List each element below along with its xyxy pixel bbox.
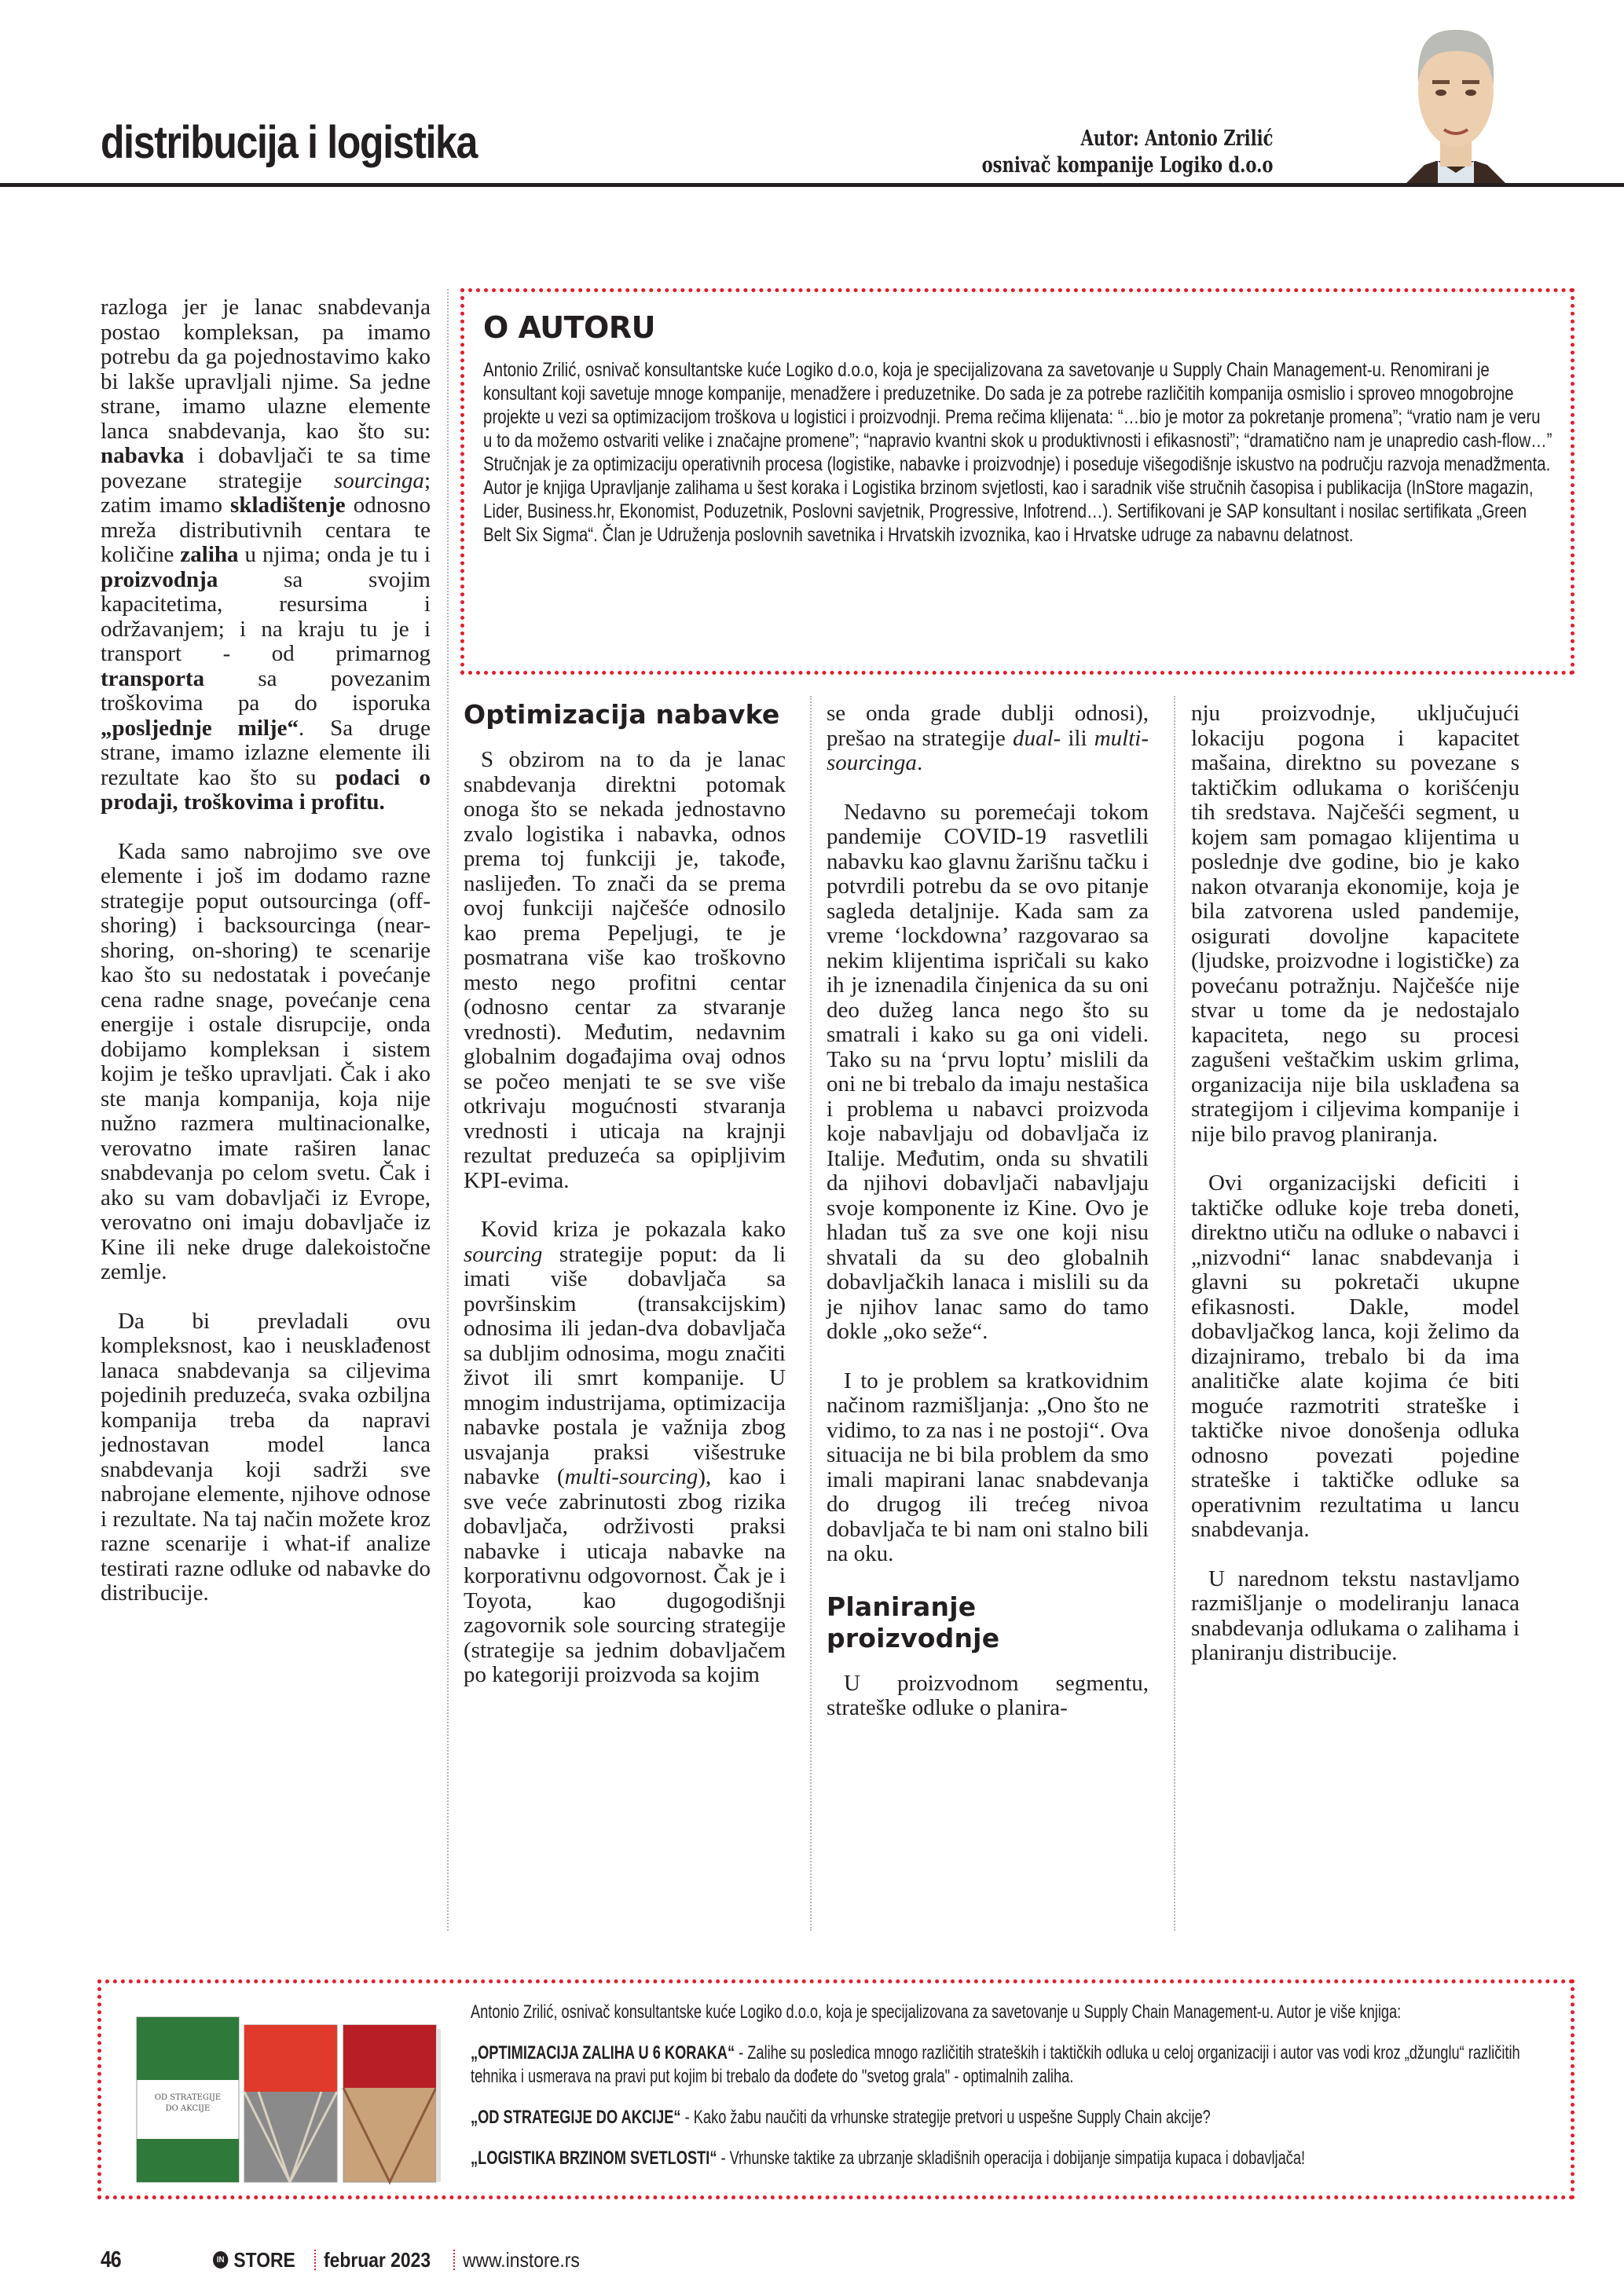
website-link[interactable]: www.instore.rs: [463, 2248, 580, 2272]
about-author-box: O AUTORU Antonio Zrilić, osnivač konsult…: [460, 288, 1575, 675]
book-desc: - Kako žabu naučiti da vrhunske strategi…: [681, 2107, 1211, 2128]
book-desc: - Vrhunske taktike za ubrzanje skladišni…: [717, 2148, 1305, 2169]
article-paragraph: U narednom tekstu nastavljamo razmišljan…: [1191, 1567, 1520, 1666]
author-portrait: [1389, 16, 1523, 185]
article-paragraph: nju proizvodnje, uključujući lokaciju po…: [1191, 701, 1520, 1147]
column-divider: [810, 696, 812, 1931]
about-title: O AUTORU: [483, 309, 1549, 346]
article-paragraph: Kada samo nabrojimo sve ove elemente i j…: [101, 840, 431, 1285]
brand-name: STORE: [233, 2248, 295, 2272]
book-covers-image: OD STRATEGIJE DO AKCIJE: [133, 2005, 463, 2186]
article-paragraph: S obzirom na to da je lanac snabdevanja …: [464, 748, 786, 1193]
header-divider: [0, 183, 1624, 187]
footer-separator: [453, 2250, 455, 2270]
svg-text:DO AKCIJE: DO AKCIJE: [166, 2104, 211, 2113]
book-title: „OD STRATEGIJE DO AKCIJE“: [471, 2107, 681, 2128]
book-item: „OD STRATEGIJE DO AKCIJE“ - Kako žabu na…: [471, 2106, 1545, 2129]
article-paragraph: se onda grade dublji odnosi), prešao na …: [827, 701, 1149, 776]
about-text: Antonio Zrilić, osnivač konsultantske ku…: [483, 358, 1553, 547]
column-divider: [1174, 696, 1175, 1931]
subheading-optimizacija-nabavke: Optimizacija nabavke: [464, 699, 786, 731]
article-column-4: nju proizvodnje, uključujući lokaciju po…: [1191, 701, 1520, 1690]
page-number: 46: [101, 2247, 167, 2273]
books-description: Antonio Zrilić, osnivač konsultantske ku…: [471, 2001, 1545, 2188]
books-box: OD STRATEGIJE DO AKCIJE Antonio Zrilić, …: [97, 1979, 1575, 2199]
article-paragraph: I to je problem sa kratkovidnim načinom …: [827, 1369, 1149, 1567]
article-column-2: Optimizacija nabavke S obzirom na to da …: [464, 699, 786, 1712]
article-column-3: se onda grade dublji odnosi), prešao na …: [827, 701, 1149, 1745]
page-footer: 46 IN STORE februar 2023 www.instore.rs: [101, 2244, 596, 2276]
book-title: „OPTIMIZACIJA ZALIHA U 6 KORAKA“: [471, 2042, 735, 2063]
about-paragraph: Antonio Zrilić, osnivač konsultantske ku…: [483, 358, 1553, 452]
subheading-planiranje-proizvodnje: Planiranje proizvodnje: [827, 1591, 1149, 1654]
book-title: „LOGISTIKA BRZINOM SVETLOSTI“: [471, 2148, 717, 2169]
svg-text:OD STRATEGIJE: OD STRATEGIJE: [155, 2093, 221, 2102]
article-paragraph: Da bi prevladali ovu kompleksnost, kao i…: [101, 1309, 431, 1606]
article-paragraph: Kovid kriza je pokazala kako sourcing st…: [464, 1218, 786, 1688]
article-column-1: razloga jer je lanac snabde­vanja postao…: [101, 295, 431, 1631]
brand-logo: IN STORE: [213, 2248, 295, 2272]
footer-separator: [314, 2250, 316, 2270]
article-paragraph: razloga jer je lanac snabde­vanja postao…: [101, 295, 431, 815]
author-byline: Autor: Antonio Zrilić osnivač kompanije …: [981, 126, 1273, 179]
page-header: distribucija i logistika Autor: Antonio …: [0, 0, 1624, 189]
book-item: „OPTIMIZACIJA ZALIHA U 6 KORAKA“ - Zalih…: [471, 2041, 1545, 2089]
author-name: Autor: Antonio Zrilić: [981, 126, 1273, 152]
author-role: osnivač kompanije Logiko d.o.o: [981, 152, 1273, 179]
section-title: distribucija i logistika: [101, 116, 477, 169]
article-paragraph: Ovi organizacijski deficiti i taktičke o…: [1191, 1171, 1520, 1543]
column-divider: [447, 289, 449, 1931]
instore-logo-icon: IN: [213, 2251, 228, 2269]
books-intro: Antonio Zrilić, osnivač konsultantske ku…: [471, 2001, 1545, 2024]
book-item: „LOGISTIKA BRZINOM SVETLOSTI“ - Vrhunske…: [471, 2147, 1545, 2170]
article-paragraph: U proizvodnom segmentu, strateške odluke…: [827, 1672, 1149, 1721]
about-paragraph: Stručnjak je za optimizaciju operativnih…: [483, 452, 1553, 547]
article-paragraph: Nedavno su poremećaji tokom pandemije CO…: [827, 800, 1149, 1345]
issue-date: februar 2023: [324, 2248, 431, 2272]
